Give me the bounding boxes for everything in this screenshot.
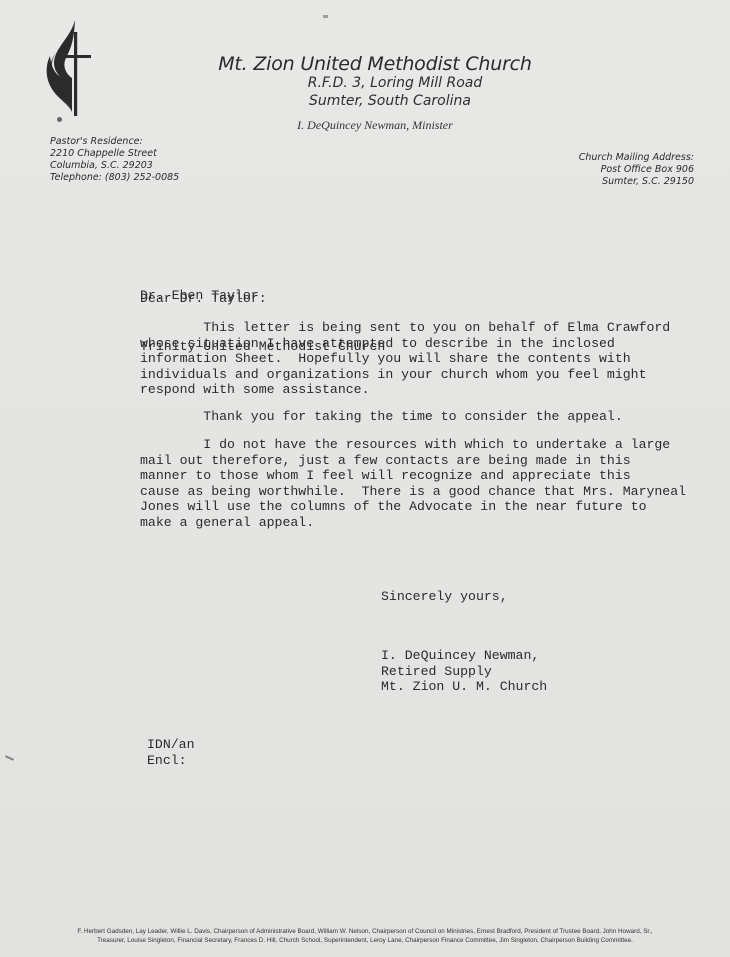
pastor-telephone: Telephone: (803) 252-0085 [50, 172, 179, 184]
mailing-address-label: Church Mailing Address: [579, 152, 694, 164]
footer-line-1: F. Herbert Gadsden, Lay Leader, Willie L… [20, 927, 710, 936]
letter-page: Mt. Zion United Methodist Church R.F.D. … [0, 0, 730, 957]
pastor-residence-street: 2210 Chappelle Street [50, 148, 179, 160]
ink-speck [57, 117, 62, 122]
paper-mark [323, 15, 328, 18]
paper-mark [5, 755, 14, 761]
pastor-residence-block: Pastor's Residence: 2210 Chappelle Stree… [50, 136, 179, 184]
body-paragraph-1: This letter is being sent to you on beha… [140, 320, 670, 398]
salutation: Dear Dr. Taylor: [140, 291, 267, 306]
pastor-residence-label: Pastor's Residence: [50, 136, 179, 148]
closing: Sincerely yours, [381, 589, 508, 604]
mailing-address-city: Sumter, S.C. 29150 [579, 176, 694, 188]
church-address-line2: Sumter, South Carolina [225, 93, 555, 109]
mailing-address-block: Church Mailing Address: Post Office Box … [579, 152, 694, 188]
mailing-address-box: Post Office Box 906 [579, 164, 694, 176]
signature-block: I. DeQuincey Newman, Retired Supply Mt. … [381, 648, 547, 695]
footer-line-2: Treasurer, Louise Singleton, Financial S… [20, 936, 710, 945]
minister-name: I. DeQuincey Newman, Minister [240, 118, 510, 133]
body-paragraph-2: Thank you for taking the time to conside… [140, 409, 623, 425]
reference-initials: IDN/an Encl: [147, 737, 194, 768]
church-name: Mt. Zion United Methodist Church [210, 53, 540, 75]
church-address-line1: R.F.D. 3, Loring Mill Road [230, 75, 560, 91]
cross-and-flame-icon [42, 18, 92, 118]
body-paragraph-3: I do not have the resources with which t… [140, 437, 686, 531]
pastor-residence-city: Columbia, S.C. 29203 [50, 160, 179, 172]
footer-officers: F. Herbert Gadsden, Lay Leader, Willie L… [20, 927, 710, 945]
